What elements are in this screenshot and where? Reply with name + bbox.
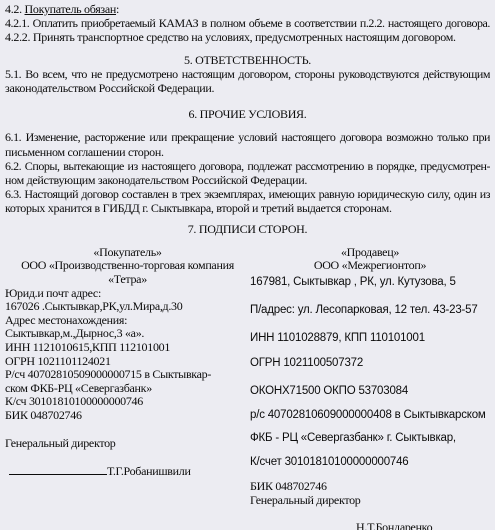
- buyer-signature-line: [9, 464, 107, 475]
- seller-signatory: Н.Т.Бондаренко: [356, 520, 432, 530]
- seller-inn-kpp: ИНН 1101028879, КПП 110101001: [250, 331, 490, 346]
- buyer-company-line-2: «Тетра»: [5, 273, 250, 287]
- buyer-account-line-1: Р/сч 40702810509000000715 в Сыктывкар-: [5, 368, 250, 382]
- seller-ogrn: ОГРН 1021100507372: [250, 356, 490, 371]
- seller-signature-line: [280, 520, 356, 530]
- buyer-corr-account: К/сч 30101810100000000746: [5, 395, 250, 409]
- clause-6-2-line-2: ном действующим законодательством Россий…: [5, 173, 490, 187]
- seller-bik: БИК 048702746: [250, 480, 490, 494]
- buyer-location: Сыктывкар,м.,Дырнос,3 «а».: [5, 327, 250, 341]
- buyer-role: «Покупатель»: [5, 246, 250, 260]
- clause-5-1-line-2: законодательством Российской Федерации.: [5, 81, 490, 95]
- seller-account-line-2: ФКБ - РЦ «Севергазбанк» г. Сыктывкар,: [250, 431, 490, 446]
- seller-okonh-okpo: ОКОНХ71500 ОКПО 53703084: [250, 384, 490, 399]
- buyer-company-line-1: ООО «Производственно-торговая компания: [5, 259, 250, 273]
- buyer-inn-kpp: ИНН 1121010615,КПП 112101001: [5, 341, 250, 355]
- seller-role: «Продавец»: [250, 246, 490, 260]
- clause-6-2-line-1: 6.2. Споры, вытекающие из настоящего дог…: [5, 159, 490, 173]
- seller-company: ООО «Межрегионтоп»: [250, 259, 490, 273]
- seller-postal-address: П/адрес: ул. Лесопарковая, 12 тел. 43-23…: [250, 303, 490, 318]
- section-5-block: 5.1. Во всем, что не предусмотрено насто…: [5, 67, 490, 95]
- buyer-address-label: Юрид.и почт адрес:: [5, 287, 250, 301]
- contract-document-page: 4.2. Покупатель обязан: 4.2.1. Оплатить …: [0, 0, 495, 530]
- signatures-block: «Покупатель» ООО «Производственно-торгов…: [5, 246, 490, 530]
- section-7-heading: 7. ПОДПИСИ СТОРОН.: [5, 222, 490, 236]
- clause-4-2-colon: :: [116, 2, 119, 16]
- clause-6-1-line-1: 6.1. Изменение, расторжение или прекраще…: [5, 130, 490, 144]
- seller-account-line-1: р/с 40702810609000000408 в Сыктывкарском: [250, 408, 490, 423]
- buyer-signatory: Т.Г.Робанишвили: [107, 464, 191, 478]
- clause-4-2-1: 4.2.1. Оплатить приобретаемый КАМАЗ в по…: [5, 16, 490, 30]
- section-6-block: 6.1. Изменение, расторжение или прекраще…: [5, 130, 490, 215]
- buyer-address: 167026 .Сыктывкар,РК,ул.Мира,д.30: [5, 300, 250, 314]
- clause-4-2: 4.2. Покупатель обязан:: [5, 2, 490, 16]
- clause-4-2-number: 4.2.: [5, 2, 25, 16]
- clause-6-3-line-1: 6.3. Настоящий договор составлен в трех …: [5, 187, 490, 201]
- seller-signature-row: Н.Т.Бондаренко: [280, 520, 490, 530]
- section-4-block: 4.2. Покупатель обязан: 4.2.1. Оплатить …: [5, 2, 490, 45]
- clause-4-2-2: 4.2.2. Принять транспортное средство на …: [5, 30, 490, 44]
- seller-title: Генеральный директор: [250, 494, 490, 508]
- section-5-heading: 5. ОТВЕТСТВЕННОСТЬ.: [5, 53, 490, 67]
- buyer-bik: БИК 048702746: [5, 409, 250, 423]
- seller-corr-account: К/счет 30101810100000000746: [250, 455, 490, 470]
- buyer-signature-row: Т.Г.Робанишвили: [9, 464, 250, 479]
- seller-column: «Продавец» ООО «Межрегионтоп» 167981, Сы…: [250, 246, 490, 530]
- clause-5-1-line-1: 5.1. Во всем, что не предусмотрено насто…: [5, 67, 490, 81]
- section-6-heading: 6. ПРОЧИЕ УСЛОВИЯ.: [5, 107, 490, 121]
- buyer-ogrn: ОГРН 1021101124021: [5, 355, 250, 369]
- clause-6-3-line-2: которых хранится в ГИБДД г. Сыктывкара, …: [5, 201, 490, 215]
- buyer-column: «Покупатель» ООО «Производственно-торгов…: [5, 246, 250, 530]
- clause-4-2-underlined-text: Покупатель обязан: [25, 2, 117, 16]
- buyer-location-label: Адрес местонахождения:: [5, 314, 250, 328]
- seller-address: 167981, Сыктывкар , РК, ул. Кутузова, 5: [250, 275, 490, 290]
- buyer-title: Генеральный директор: [5, 437, 250, 451]
- buyer-account-line-2: ском ФКБ-РЦ «Севергазбанк»: [5, 382, 250, 396]
- clause-6-1-line-2: письменном соглашении сторон.: [5, 145, 490, 159]
